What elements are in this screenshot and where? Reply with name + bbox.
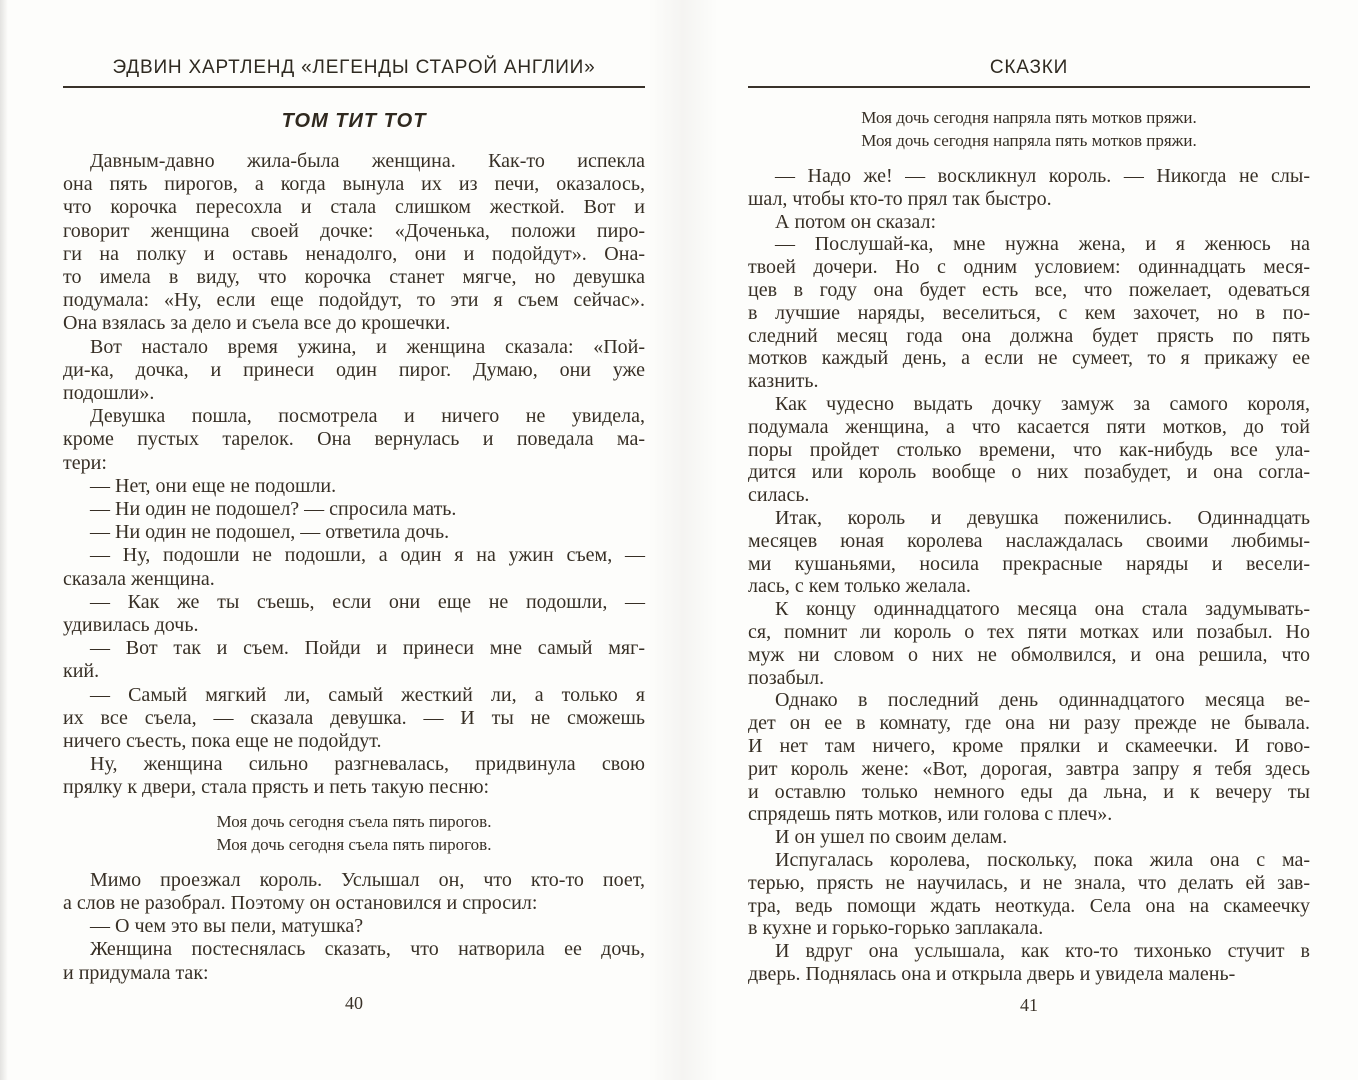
text-line: что корочка пересохла и стала слишком же…: [63, 196, 645, 219]
paragraph: — Нет, они еще не подошли.: [63, 475, 645, 498]
verse-line: Моя дочь сегодня съела пять пирогов.: [63, 810, 645, 833]
text-line: кроме пустых тарелок. Она вернулась и по…: [63, 428, 645, 451]
text-line: мотков каждый день, а если не сумеет, то…: [748, 347, 1310, 370]
text-line: то имела в виду, что корочка станет мягч…: [63, 266, 645, 289]
paragraph: Девушка пошла, посмотрела и ничего не ув…: [63, 405, 645, 475]
text-line: месяцев юная королева наслаждалась своим…: [748, 530, 1310, 553]
paragraph: — Надо же! — воскликнул король. — Никогд…: [748, 165, 1310, 211]
text-line: подумала женщина, а что касается пяти мо…: [748, 416, 1310, 439]
paragraph: Как чудесно выдать дочку замуж за самого…: [748, 393, 1310, 507]
text-line: их все съела, — сказала девушка. — И ты …: [63, 707, 645, 730]
text-line: Женщина постеснялась сказать, что натвор…: [63, 938, 645, 961]
text-line: тра, ведь помощи ждать неоткуда. Села он…: [748, 895, 1310, 918]
text-line: — Нет, они еще не подошли.: [63, 475, 645, 498]
left-running-head: ЭДВИН ХАРТЛЕНД «ЛЕГЕНДЫ СТАРОЙ АНГЛИИ»: [63, 57, 645, 88]
text-line: Однако в последний день одиннадцатого ме…: [748, 689, 1310, 712]
text-line: Мимо проезжал король. Услышал он, что кт…: [63, 869, 645, 892]
text-line: — Послушай-ка, мне нужна жена, и я женюс…: [748, 233, 1310, 256]
paragraph: — Ни один не подошел? — спросила мать.: [63, 498, 645, 521]
story-title: ТОМ ТИТ ТОТ: [63, 110, 645, 133]
text-line: — О чем это вы пели, матушка?: [63, 915, 645, 938]
paragraph: Женщина постеснялась сказать, что натвор…: [63, 938, 645, 984]
text-line: тери:: [63, 452, 645, 475]
paragraph: — Послушай-ка, мне нужна жена, и я женюс…: [748, 233, 1310, 393]
text-line: Испугалась королева, поскольку, пока жил…: [748, 849, 1310, 872]
text-line: Ну, женщина сильно разгневалась, придвин…: [63, 753, 645, 776]
text-line: дверь. Поднялась она и открыла дверь и у…: [748, 963, 1310, 986]
paragraph: — Ну, подошли не подошли, а один я на уж…: [63, 544, 645, 590]
text-line: К концу одиннадцатого месяца она стала з…: [748, 598, 1310, 621]
text-line: И нет там ничего, кроме прялки и скамееч…: [748, 735, 1310, 758]
text-line: А потом он сказал:: [748, 211, 1310, 234]
paragraph: — Самый мягкий ли, самый жесткий ли, а т…: [63, 684, 645, 754]
scan-edge-shadow: [0, 0, 8, 1080]
text-line: твоей дочери. Но с одним условием: одинн…: [748, 256, 1310, 279]
paragraph: А потом он сказал:: [748, 211, 1310, 234]
text-line: дет он ее в комнату, где она ни разу пре…: [748, 712, 1310, 735]
text-line: — Ни один не подошел, — ответила дочь.: [63, 521, 645, 544]
text-line: — Ни один не подошел? — спросила мать.: [63, 498, 645, 521]
paragraph: И вдруг она услышала, как кто-то тихоньк…: [748, 940, 1310, 986]
verse-line: Моя дочь сегодня съела пять пирогов.: [63, 833, 645, 856]
text-line: в лучшие наряды, веселиться, с кем захоч…: [748, 302, 1310, 325]
text-line: ди-ка, дочка, и принеси один пирог. Дума…: [63, 359, 645, 382]
paragraph: Однако в последний день одиннадцатого ме…: [748, 689, 1310, 826]
text-line: и оставлю только немного еды да льна, и …: [748, 781, 1310, 804]
text-line: рит король жене: «Вот, дорогая, завтра з…: [748, 758, 1310, 781]
right-page-body: Моя дочь сегодня напряла пять мотков пря…: [748, 96, 1310, 986]
text-line: — Вот так и съем. Пойди и принеси мне са…: [63, 637, 645, 660]
verse-block: Моя дочь сегодня напряла пять мотков пря…: [748, 106, 1310, 152]
text-line: ничего съесть, пока еще не подойдут.: [63, 730, 645, 753]
left-head-rule: [63, 86, 645, 88]
paragraph: Испугалась королева, поскольку, пока жил…: [748, 849, 1310, 940]
text-line: шал, чтобы кто-то прял так быстро.: [748, 188, 1310, 211]
text-line: цев в году она будет есть все, что пожел…: [748, 279, 1310, 302]
text-line: удивилась дочь.: [63, 614, 645, 637]
text-line: говорит женщина своей дочке: «Доченька, …: [63, 220, 645, 243]
paragraph: Итак, король и девушка поженились. Одинн…: [748, 507, 1310, 598]
text-line: спрядешь пять мотков, или голова с плеч»…: [748, 803, 1310, 826]
right-page-number: 41: [748, 995, 1310, 1016]
text-line: ми кушаньями, носила прекрасные наряды и…: [748, 553, 1310, 576]
text-line: она пять пирогов, а когда вынула их из п…: [63, 173, 645, 196]
text-line: сказала женщина.: [63, 568, 645, 591]
text-line: прялку к двери, стала прясть и петь таку…: [63, 776, 645, 799]
book-spread: ЭДВИН ХАРТЛЕНД «ЛЕГЕНДЫ СТАРОЙ АНГЛИИ» Т…: [0, 0, 1358, 1080]
text-line: подумала: «Ну, если еще подойдут, то эти…: [63, 289, 645, 312]
book-gutter-shadow: [648, 0, 718, 1080]
left-page-number: 40: [63, 993, 645, 1014]
paragraph: — Как же ты съешь, если они еще не подош…: [63, 591, 645, 637]
text-line: лась, с кем только желала.: [748, 575, 1310, 598]
text-line: позабыл.: [748, 667, 1310, 690]
text-line: — Самый мягкий ли, самый жесткий ли, а т…: [63, 684, 645, 707]
text-line: — Как же ты съешь, если они еще не подош…: [63, 591, 645, 614]
text-line: кий.: [63, 660, 645, 683]
text-line: в кухне и горько-горько заплакала.: [748, 917, 1310, 940]
text-line: силась.: [748, 484, 1310, 507]
text-line: и придумала так:: [63, 962, 645, 985]
text-line: Вот настало время ужина, и женщина сказа…: [63, 336, 645, 359]
text-line: — Ну, подошли не подошли, а один я на уж…: [63, 544, 645, 567]
text-line: Девушка пошла, посмотрела и ничего не ув…: [63, 405, 645, 428]
text-line: И он ушел по своим делам.: [748, 826, 1310, 849]
paragraph: — Ни один не подошел, — ответила дочь.: [63, 521, 645, 544]
left-page-body: Давным-давно жила-была женщина. Как-то и…: [63, 150, 645, 985]
text-line: ся, помнит ли король о тех пяти мотках и…: [748, 621, 1310, 644]
text-line: терью, прясть не научилась, и не знала, …: [748, 872, 1310, 895]
right-head-rule: [748, 86, 1310, 88]
text-line: дится или король вообще о них позабудет,…: [748, 461, 1310, 484]
text-line: Давным-давно жила-была женщина. Как-то и…: [63, 150, 645, 173]
paragraph: — Вот так и съем. Пойди и принеси мне са…: [63, 637, 645, 683]
text-line: Как чудесно выдать дочку замуж за самого…: [748, 393, 1310, 416]
paragraph: — О чем это вы пели, матушка?: [63, 915, 645, 938]
text-line: — Надо же! — воскликнул король. — Никогд…: [748, 165, 1310, 188]
text-line: поры пройдет столько времени, что как-ни…: [748, 439, 1310, 462]
verse-line: Моя дочь сегодня напряла пять мотков пря…: [748, 129, 1310, 152]
text-line: казнить.: [748, 370, 1310, 393]
left-running-head-text: ЭДВИН ХАРТЛЕНД «ЛЕГЕНДЫ СТАРОЙ АНГЛИИ»: [63, 57, 645, 79]
text-line: а слов не разобрал. Поэтому он остановил…: [63, 892, 645, 915]
text-line: муж ни словом о них не обмолвился, и она…: [748, 644, 1310, 667]
paragraph: Мимо проезжал король. Услышал он, что кт…: [63, 869, 645, 915]
text-line: ги на полку и оставь ненадолго, они и по…: [63, 243, 645, 266]
paragraph: Ну, женщина сильно разгневалась, придвин…: [63, 753, 645, 799]
text-line: следний месяц года она должна будет пряс…: [748, 325, 1310, 348]
paragraph: Вот настало время ужина, и женщина сказа…: [63, 336, 645, 406]
text-line: И вдруг она услышала, как кто-то тихоньк…: [748, 940, 1310, 963]
right-running-head-text: СКАЗКИ: [748, 57, 1310, 79]
text-line: Она взялась за дело и съела все до кроше…: [63, 312, 645, 335]
paragraph: К концу одиннадцатого месяца она стала з…: [748, 598, 1310, 689]
paragraph: И он ушел по своим делам.: [748, 826, 1310, 849]
right-running-head: СКАЗКИ: [748, 57, 1310, 88]
text-line: Итак, король и девушка поженились. Одинн…: [748, 507, 1310, 530]
verse-block: Моя дочь сегодня съела пять пирогов.Моя …: [63, 810, 645, 856]
paragraph: Давным-давно жила-была женщина. Как-то и…: [63, 150, 645, 336]
text-line: подошли».: [63, 382, 645, 405]
verse-line: Моя дочь сегодня напряла пять мотков пря…: [748, 106, 1310, 129]
